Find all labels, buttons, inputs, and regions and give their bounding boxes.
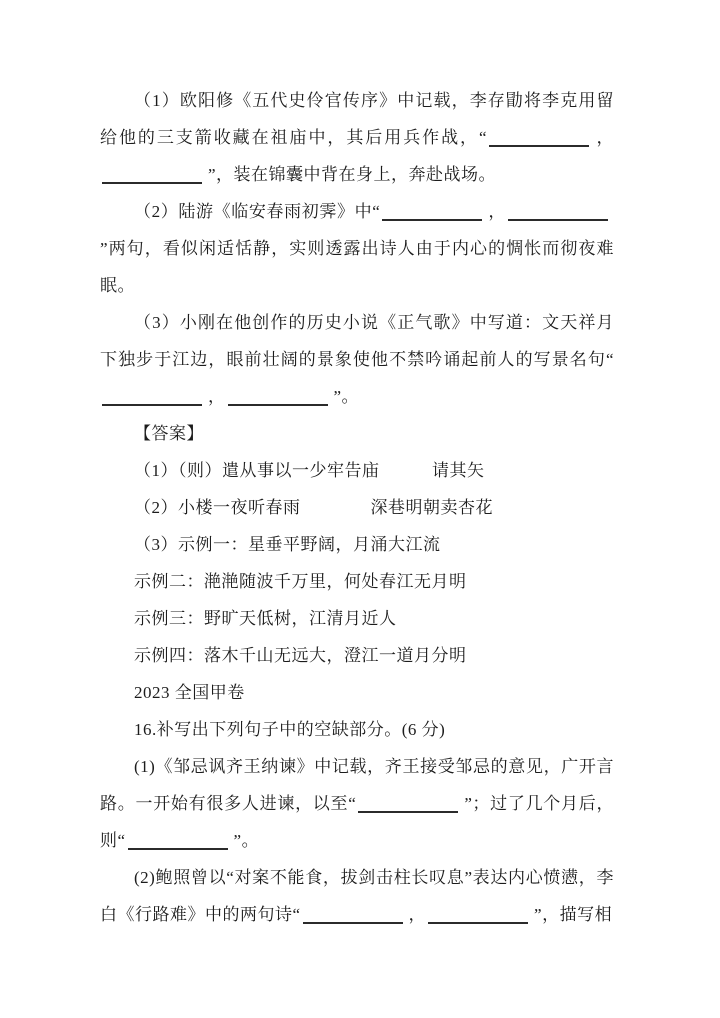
answer-item-2: （2）小楼一夜听春雨 深巷明朝卖杏花: [100, 489, 614, 526]
fill-in-blank: [489, 145, 589, 147]
text-run: ”，描写相: [534, 905, 612, 924]
text-run: 16.补写出下列句子中的空缺部分。(6 分): [134, 720, 445, 739]
fill-in-blank: [303, 922, 403, 924]
answer-item-3-example-4: 示例四：落木千山无远大，澄江一道月分明: [100, 637, 614, 674]
fill-in-blank: [102, 404, 202, 406]
text-run: ，: [595, 128, 614, 147]
text-run: ，: [488, 202, 506, 221]
text-run: ”，装在锦囊中背在身上，奔赴战场。: [208, 165, 496, 184]
document-page: （1）欧阳修《五代史伶官传序》中记载，李存勖将李克用留给他的三支箭收藏在祖庙中，…: [0, 0, 720, 1018]
answer-item-1: （1）（则）遣从事以一少牢告庙 请其矢: [100, 452, 614, 489]
text-run: （3）示例一：星垂平野阔，月涌大江流: [134, 535, 441, 554]
text-run: 示例四：落木千山无远大，澄江一道月分明: [134, 646, 467, 665]
text-run: 【答案】: [134, 424, 204, 443]
text-run: （2）陆游《临安春雨初霁》中“: [134, 202, 380, 221]
question-15-item-2: （2）陆游《临安春雨初霁》中“，”两句，看似闲适恬静，实则透露出诗人由于内心的惆…: [100, 193, 614, 304]
text-run: （2）小楼一夜听春雨 深巷明朝卖杏花: [134, 498, 493, 517]
answer-item-3-example-2: 示例二：滟滟随波千万里，何处春江无月明: [100, 563, 614, 600]
text-run: ，: [208, 387, 226, 406]
question-15-item-1: （1）欧阳修《五代史伶官传序》中记载，李存勖将李克用留给他的三支箭收藏在祖庙中，…: [100, 82, 614, 193]
text-run: （3）小刚在他创作的历史小说《正气歌》中写道：文天祥月下独步于江边，眼前壮阔的景…: [100, 313, 614, 369]
text-run: 示例二：滟滟随波千万里，何处春江无月明: [134, 572, 467, 591]
fill-in-blank: [508, 219, 608, 221]
fill-in-blank: [128, 848, 228, 850]
answer-item-3-example-1: （3）示例一：星垂平野阔，月涌大江流: [100, 526, 614, 563]
fill-in-blank: [358, 811, 458, 813]
text-run: （1）（则）遣从事以一少牢告庙 请其矢: [134, 461, 485, 480]
text-run: 示例三：野旷天低树，江清月近人: [134, 609, 397, 628]
text-run: （1）欧阳修《五代史伶官传序》中记载，李存勖将李克用留给他的三支箭收藏在祖庙中，…: [100, 91, 614, 147]
fill-in-blank: [428, 922, 528, 924]
question-16-stem: 16.补写出下列句子中的空缺部分。(6 分): [100, 711, 614, 748]
exam-source-heading: 2023 全国甲卷: [100, 674, 614, 711]
document-body: （1）欧阳修《五代史伶官传序》中记载，李存勖将李克用留给他的三支箭收藏在祖庙中，…: [100, 82, 614, 933]
question-16-item-1: (1)《邹忌讽齐王纳谏》中记载，齐王接受邹忌的意见，广开言路。一开始有很多人进谏…: [100, 748, 614, 859]
text-run: ”。: [234, 831, 260, 850]
question-15-item-3: （3）小刚在他创作的历史小说《正气歌》中写道：文天祥月下独步于江边，眼前壮阔的景…: [100, 304, 614, 415]
text-run: ”。: [334, 387, 360, 406]
question-16-item-2: (2)鲍照曾以“对案不能食，拔剑击柱长叹息”表达内心愤懑，李白《行路难》中的两句…: [100, 859, 614, 933]
text-run: ”两句，看似闲适恬静，实则透露出诗人由于内心的惆怅而彻夜难眠。: [100, 239, 614, 295]
answer-heading: 【答案】: [100, 415, 614, 452]
fill-in-blank: [382, 219, 482, 221]
answer-item-3-example-3: 示例三：野旷天低树，江清月近人: [100, 600, 614, 637]
text-run: ，: [409, 905, 427, 924]
fill-in-blank: [228, 404, 328, 406]
fill-in-blank: [102, 182, 202, 184]
text-run: 2023 全国甲卷: [134, 683, 245, 702]
